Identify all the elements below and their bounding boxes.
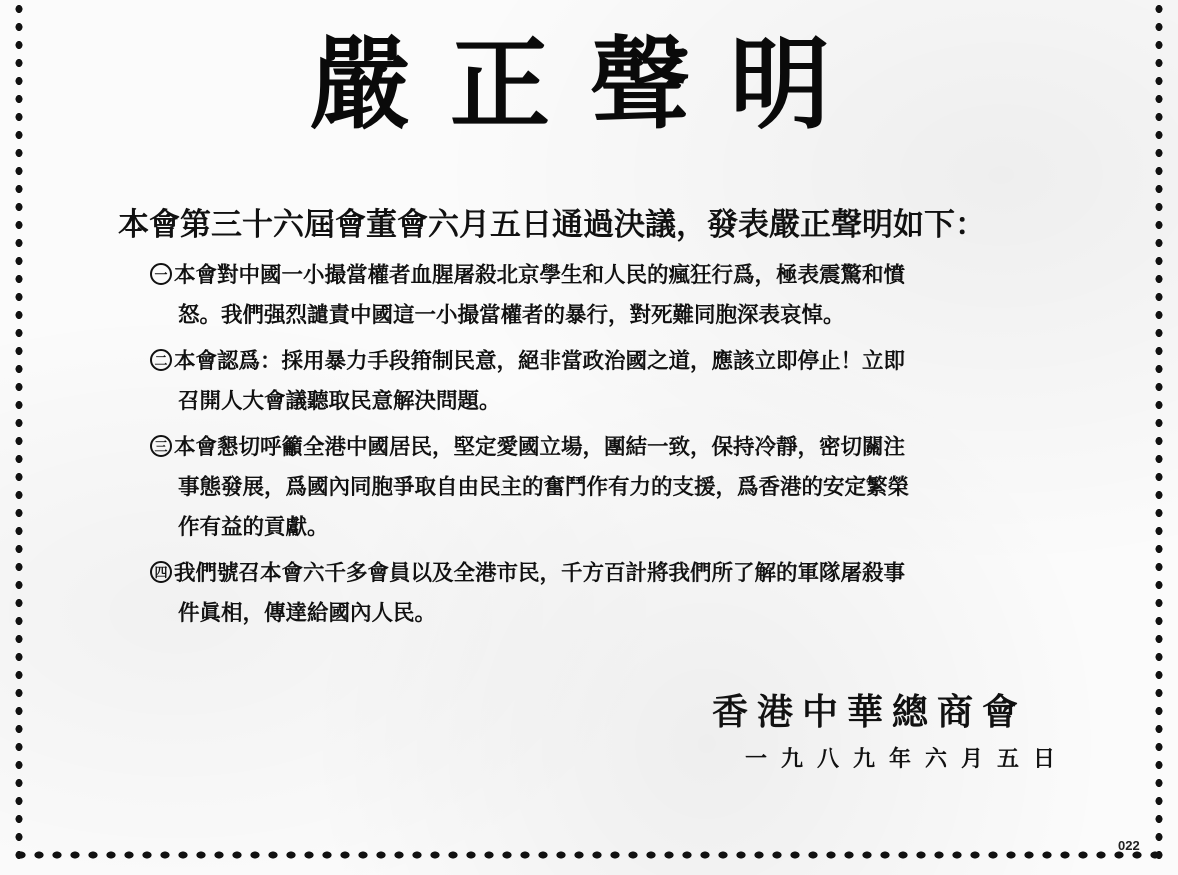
clause-number-badge: 三 [150,435,172,457]
clause-text-line: 本會懇切呼籲全港中國居民，堅定愛國立場，團結一致，保持冷靜，密切關注 [174,435,905,460]
clause-text-line: 作有益的貢獻。 [150,508,1050,548]
clause-text-line: 事態發展，爲國內同胞爭取自由民主的奮鬥作有力的支援，爲香港的安定繁榮 [150,468,1050,508]
clause-text-line: 我們號召本會六千多會員以及全港市民，千方百計將我們所了解的軍隊屠殺事 [174,561,905,586]
clause-text-line: 本會對中國一小撮當權者血腥屠殺北京學生和人民的瘋狂行爲，極表震驚和憤 [174,263,905,288]
clause-number-badge: 一 [150,263,172,285]
signatory-organization: 香港中華總商會 [712,688,1027,738]
clause-text-line: 本會認爲：採用暴力手段箝制民意，絕非當政治國之道，應該立即停止！立即 [174,349,905,374]
decorative-border-bottom [12,848,1166,862]
statement-intro: 本會第三十六屆會董會六月五日通過決議，發表嚴正聲明如下： [118,205,1038,245]
clause-number-badge: 四 [150,561,172,583]
clause-text-line: 召開人大會議聽取民意解決問題。 [150,382,1050,422]
clause-2: 二本會認爲：採用暴力手段箝制民意，絕非當政治國之道，應該立即停止！立即 召開人大… [150,342,1050,422]
page-number: 022 [1118,838,1140,853]
newspaper-statement-page: 嚴正聲明 本會第三十六屆會董會六月五日通過決議，發表嚴正聲明如下： 一本會對中國… [0,0,1178,875]
clause-3: 三本會懇切呼籲全港中國居民，堅定愛國立場，團結一致，保持冷靜，密切關注 事態發展… [150,428,1050,548]
clause-1: 一本會對中國一小撮當權者血腥屠殺北京學生和人民的瘋狂行爲，極表震驚和憤 怒。我們… [150,256,1050,336]
statement-date: 一九八九年六月五日 [745,745,1069,775]
clause-4: 四我們號召本會六千多會員以及全港市民，千方百計將我們所了解的軍隊屠殺事 件眞相，… [150,554,1050,634]
clause-text-line: 件眞相，傳達給國內人民。 [150,594,1050,634]
decorative-border-right [1152,0,1166,862]
decorative-border-left [12,0,26,862]
clause-text-line: 怒。我們强烈譴責中國這一小撮當權者的暴行，對死難同胞深表哀悼。 [150,296,1050,336]
statement-title: 嚴正聲明 [300,30,880,140]
clause-number-badge: 二 [150,349,172,371]
statement-clauses: 一本會對中國一小撮當權者血腥屠殺北京學生和人民的瘋狂行爲，極表震驚和憤 怒。我們… [150,256,1050,640]
